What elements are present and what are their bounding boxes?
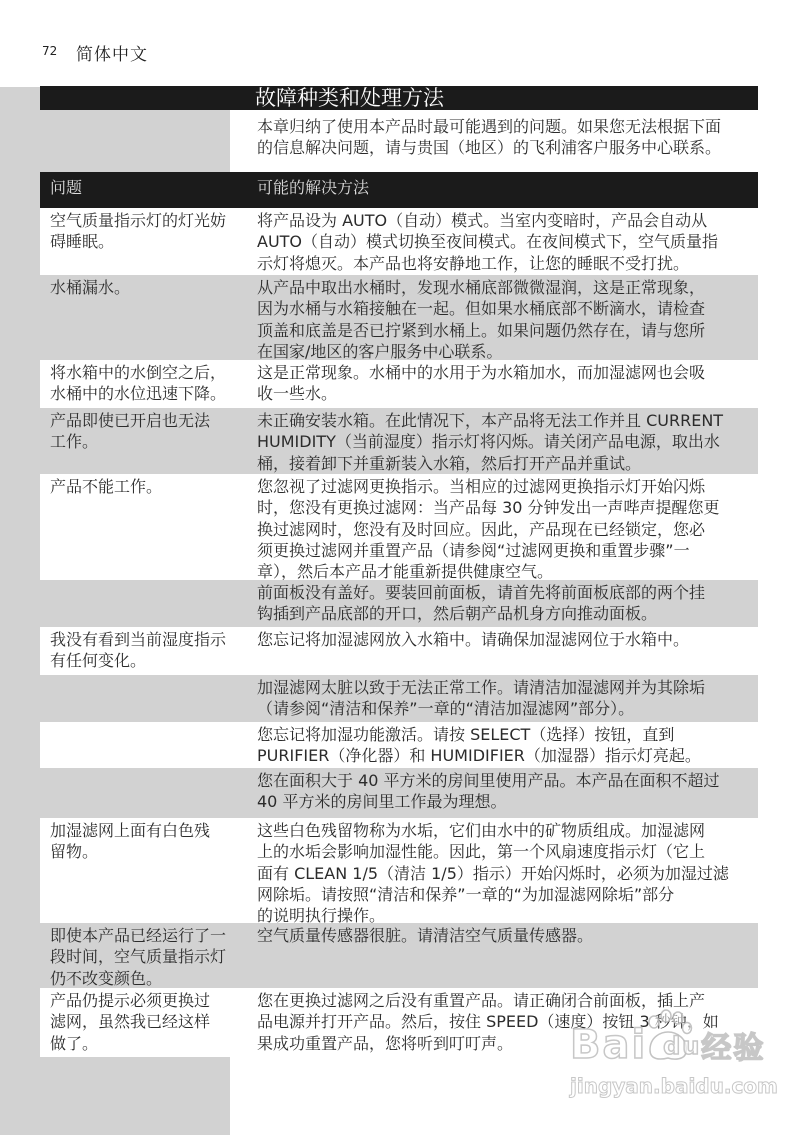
- table-row: 前面板没有盖好。要装回前面板，请首先将前面板底部的两个挂 钩插到产品底部的开口，…: [40, 580, 758, 627]
- problem-cell: 即使本产品已经运行了一 段时间，空气质量指示灯 仍不改变颜色。: [50, 925, 235, 989]
- cell-line: 收一些水。: [257, 383, 757, 404]
- cell-line: 时，您没有更换过滤网：当产品每 30 分钟发出一声哔声提醒您更: [257, 497, 757, 518]
- cell-line: 您在面积大于 40 平方米的房间里使用产品。本产品在面积不超过: [257, 770, 757, 791]
- cell-line: 滤网，虽然我已经这样: [50, 1011, 235, 1032]
- cell-line: 您忘记将加湿滤网放入水箱中。请确保加湿滤网位于水箱中。: [257, 629, 757, 650]
- cell-line: 前面板没有盖好。要装回前面板，请首先将前面板底部的两个挂: [257, 582, 757, 603]
- cell-line: 留物。: [50, 841, 235, 862]
- table-row: 我没有看到当前湿度指示 有任何变化。 您忘记将加湿滤网放入水箱中。请确保加湿滤网…: [40, 627, 758, 675]
- solution-cell: 您忽视了过滤网更换指示。当相应的过滤网更换指示灯开始闪烁 时，您没有更换过滤网：…: [257, 476, 757, 582]
- cell-line: 未正确安装水箱。在此情况下，本产品将无法工作并且 CURRENT: [257, 410, 757, 431]
- solution-cell: 您在更换过滤网之后没有重置产品。请正确闭合前面板，插上产 品电源并打开产品。然后…: [257, 990, 757, 1054]
- table-row: 即使本产品已经运行了一 段时间，空气质量指示灯 仍不改变颜色。 空气质量传感器很…: [40, 923, 758, 988]
- intro-side-block: [0, 110, 230, 172]
- column-header-solution: 可能的解决方法: [257, 172, 369, 204]
- cell-line: 桶，接着卸下并重新装入水箱，然后打开产品并重试。: [257, 453, 757, 474]
- intro-line: 本章归纳了使用本产品时最可能遇到的问题。如果您无法根据下面: [257, 116, 757, 137]
- table-row: 您在面积大于 40 平方米的房间里使用产品。本产品在面积不超过 40 平方米的房…: [40, 768, 758, 818]
- cell-line: 您忽视了过滤网更换指示。当相应的过滤网更换指示灯开始闪烁: [257, 476, 757, 497]
- cell-line: 加湿滤网上面有白色残: [50, 820, 235, 841]
- table-row: 产品不能工作。 您忽视了过滤网更换指示。当相应的过滤网更换指示灯开始闪烁 时，您…: [40, 474, 758, 580]
- cell-line: HUMIDITY（当前湿度）指示灯将闪烁。请关闭产品电源，取出水: [257, 431, 757, 452]
- cell-line: 即使本产品已经运行了一: [50, 925, 235, 946]
- solution-cell: 这是正常现象。水桶中的水用于为水箱加水，而加湿滤网也会吸 收一些水。: [257, 362, 757, 405]
- problem-cell: 产品不能工作。: [50, 476, 235, 497]
- section-title: 故障种类和处理方法: [255, 86, 444, 110]
- cell-line: 这是正常现象。水桶中的水用于为水箱加水，而加湿滤网也会吸: [257, 362, 757, 383]
- solution-cell: 您忘记将加湿功能激活。请按 SELECT（选择）按钮，直到 PURIFIER（净…: [257, 724, 757, 767]
- cell-line: 品电源并打开产品。然后，按住 SPEED（速度）按钮 3 秒钟，如: [257, 1011, 757, 1032]
- cell-line: 因为水桶与水箱接触在一起。但如果水桶底部不断滴水，请检查: [257, 298, 757, 319]
- cell-line: 换过滤网时，您没有及时回应。因此，产品现在已经锁定，您必: [257, 519, 757, 540]
- cell-line: 将产品设为 AUTO（自动）模式。当室内变暗时，产品会自动从: [257, 210, 757, 231]
- problem-cell: 将水箱中的水倒空之后， 水桶中的水位迅速下降。: [50, 362, 235, 405]
- solution-cell: 您忘记将加湿滤网放入水箱中。请确保加湿滤网位于水箱中。: [257, 629, 757, 650]
- cell-line: 将水箱中的水倒空之后，: [50, 362, 235, 383]
- cell-line: 有任何变化。: [50, 650, 235, 671]
- table-row: 产品仍提示必须更换过 滤网，虽然我已经这样 做了。 您在更换过滤网之后没有重置产…: [40, 988, 758, 1057]
- column-header-problem: 问题: [50, 172, 82, 204]
- cell-line: PURIFIER（净化器）和 HUMIDIFIER（加湿器）指示灯亮起。: [257, 745, 757, 766]
- cell-line: 我没有看到当前湿度指示: [50, 629, 235, 650]
- cell-line: 产品仍提示必须更换过: [50, 990, 235, 1011]
- problem-cell: 我没有看到当前湿度指示 有任何变化。: [50, 629, 235, 672]
- table-row: 将水箱中的水倒空之后， 水桶中的水位迅速下降。 这是正常现象。水桶中的水用于为水…: [40, 360, 758, 408]
- solution-cell: 将产品设为 AUTO（自动）模式。当室内变暗时，产品会自动从 AUTO（自动）模…: [257, 210, 757, 274]
- left-margin-band: [0, 87, 40, 1135]
- cell-line: 这些白色残留物称为水垢，它们由水中的矿物质组成。加湿滤网: [257, 820, 757, 841]
- cell-line: 从产品中取出水桶时，发现水桶底部微微湿润，这是正常现象，: [257, 277, 757, 298]
- bottom-side-block: [0, 1057, 230, 1135]
- cell-line: 您在更换过滤网之后没有重置产品。请正确闭合前面板，插上产: [257, 990, 757, 1011]
- cell-line: 上的水垢会影响加湿性能。因此，第一个风扇速度指示灯（它上: [257, 841, 757, 862]
- cell-line: 工作。: [50, 431, 235, 452]
- problem-cell: 产品即使已开启也无法 工作。: [50, 410, 235, 453]
- cell-line: 须更换过滤网并重置产品（请参阅“过滤网更换和重置步骤”一: [257, 540, 757, 561]
- cell-line: 水桶漏水。: [50, 277, 235, 298]
- cell-line: 面有 CLEAN 1/5（清洁 1/5）指示）开始闪烁时，必须为加湿过滤: [257, 863, 757, 884]
- table-header: 问题 可能的解决方法: [40, 172, 758, 208]
- table-row: 水桶漏水。 从产品中取出水桶时，发现水桶底部微微湿润，这是正常现象， 因为水桶与…: [40, 275, 758, 360]
- cell-line: 在国家/地区的客户服务中心联系。: [257, 341, 757, 362]
- page-number: 72: [42, 44, 57, 58]
- cell-line: 钩插到产品底部的开口，然后朝产品机身方向推动面板。: [257, 603, 757, 624]
- cell-line: 做了。: [50, 1033, 235, 1054]
- solution-cell: 从产品中取出水桶时，发现水桶底部微微湿润，这是正常现象， 因为水桶与水箱接触在一…: [257, 277, 757, 362]
- problem-cell: 产品仍提示必须更换过 滤网，虽然我已经这样 做了。: [50, 990, 235, 1054]
- cell-line: 段时间，空气质量指示灯: [50, 946, 235, 967]
- table-row: 加湿滤网上面有白色残 留物。 这些白色残留物称为水垢，它们由水中的矿物质组成。加…: [40, 818, 758, 923]
- solution-cell: 加湿滤网太脏以致于无法正常工作。请清洁加湿滤网并为其除垢 （请参阅“清洁和保养”…: [257, 677, 757, 720]
- cell-line: 网除垢。请按照“清洁和保养”一章的“为加湿滤网除垢”部分: [257, 884, 757, 905]
- cell-line: 示灯将熄灭。本产品也将安静地工作，让您的睡眠不受打扰。: [257, 253, 757, 274]
- intro-line: 的信息解决问题，请与贵国（地区）的飞利浦客户服务中心联系。: [257, 137, 757, 158]
- problem-cell: 水桶漏水。: [50, 277, 235, 298]
- solution-cell: 您在面积大于 40 平方米的房间里使用产品。本产品在面积不超过 40 平方米的房…: [257, 770, 757, 813]
- cell-line: 水桶中的水位迅速下降。: [50, 383, 235, 404]
- cell-line: 您忘记将加湿功能激活。请按 SELECT（选择）按钮，直到: [257, 724, 757, 745]
- cell-line: 加湿滤网太脏以致于无法正常工作。请清洁加湿滤网并为其除垢: [257, 677, 757, 698]
- table-row: 产品即使已开启也无法 工作。 未正确安装水箱。在此情况下，本产品将无法工作并且 …: [40, 408, 758, 474]
- solution-cell: 未正确安装水箱。在此情况下，本产品将无法工作并且 CURRENT HUMIDIT…: [257, 410, 757, 474]
- page-language-label: 简体中文: [76, 40, 148, 65]
- cell-line: 40 平方米的房间里工作最为理想。: [257, 791, 757, 812]
- cell-line: 仍不改变颜色。: [50, 968, 235, 989]
- solution-cell: 前面板没有盖好。要装回前面板，请首先将前面板底部的两个挂 钩插到产品底部的开口，…: [257, 582, 757, 625]
- cell-line: AUTO（自动）模式切换至夜间模式。在夜间模式下，空气质量指: [257, 231, 757, 252]
- cell-line: 产品即使已开启也无法: [50, 410, 235, 431]
- table-row: 加湿滤网太脏以致于无法正常工作。请清洁加湿滤网并为其除垢 （请参阅“清洁和保养”…: [40, 675, 758, 722]
- solution-cell: 空气质量传感器很脏。请清洁空气质量传感器。: [257, 925, 757, 946]
- cell-line: 顶盖和底盖是否已拧紧到水桶上。如果问题仍然存在，请与您所: [257, 320, 757, 341]
- table-row: 空气质量指示灯的灯光妨 碍睡眠。 将产品设为 AUTO（自动）模式。当室内变暗时…: [40, 208, 758, 275]
- cell-line: 碍睡眠。: [50, 231, 235, 252]
- solution-cell: 这些白色残留物称为水垢，它们由水中的矿物质组成。加湿滤网 上的水垢会影响加湿性能…: [257, 820, 757, 926]
- table-row: 您忘记将加湿功能激活。请按 SELECT（选择）按钮，直到 PURIFIER（净…: [40, 722, 758, 768]
- cell-line: （请参阅“清洁和保养”一章的“清洁加湿滤网”部分）。: [257, 698, 757, 719]
- problem-cell: 加湿滤网上面有白色残 留物。: [50, 820, 235, 863]
- watermark-url: jingyan.baidu.com: [570, 1074, 778, 1098]
- cell-line: 果成功重置产品，您将听到叮叮声。: [257, 1033, 757, 1054]
- cell-line: 空气质量传感器很脏。请清洁空气质量传感器。: [257, 925, 757, 946]
- cell-line: 空气质量指示灯的灯光妨: [50, 210, 235, 231]
- problem-cell: 空气质量指示灯的灯光妨 碍睡眠。: [50, 210, 235, 253]
- intro-paragraph: 本章归纳了使用本产品时最可能遇到的问题。如果您无法根据下面 的信息解决问题，请与…: [257, 116, 757, 159]
- section-title-bar: 故障种类和处理方法: [40, 86, 758, 110]
- cell-line: 产品不能工作。: [50, 476, 235, 497]
